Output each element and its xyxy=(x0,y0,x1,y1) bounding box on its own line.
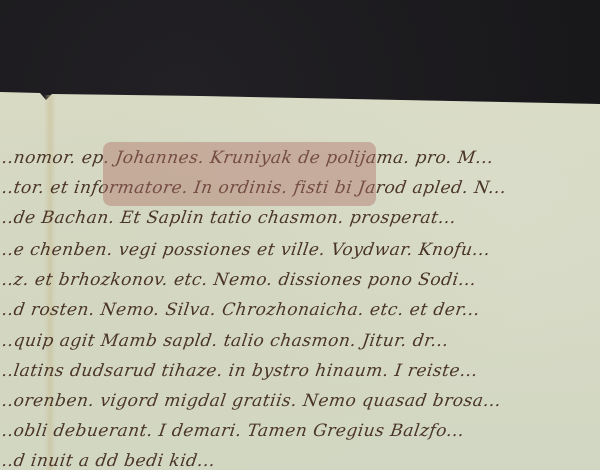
text-line: ...de Bachan. Et Saplin tatio chasmon. p… xyxy=(0,208,458,228)
text-line: ...orenben. vigord migdal gratiis. Nemo … xyxy=(0,391,503,411)
text-line: ...e chenben. vegi possiones et ville. V… xyxy=(0,240,492,260)
text-line: ...d inuit a dd bedi kid... xyxy=(0,451,217,470)
text-line: ...latins dudsarud tihaze. in bystro hin… xyxy=(0,361,479,381)
text-line: ...z. et brhozkonov. etc. Nemo. dissione… xyxy=(0,270,478,290)
text-line: ...quip agit Mamb sapld. talio chasmon. … xyxy=(0,331,450,351)
text-line: ...obli debuerant. I demari. Tamen Gregi… xyxy=(0,421,466,441)
text-line: ...d rosten. Nemo. Silva. Chrozhonaicha.… xyxy=(0,300,481,320)
highlighted-name: Johannes Kruniyak xyxy=(103,142,376,206)
name-highlight-box[interactable]: Johannes Kruniyak xyxy=(103,142,376,206)
